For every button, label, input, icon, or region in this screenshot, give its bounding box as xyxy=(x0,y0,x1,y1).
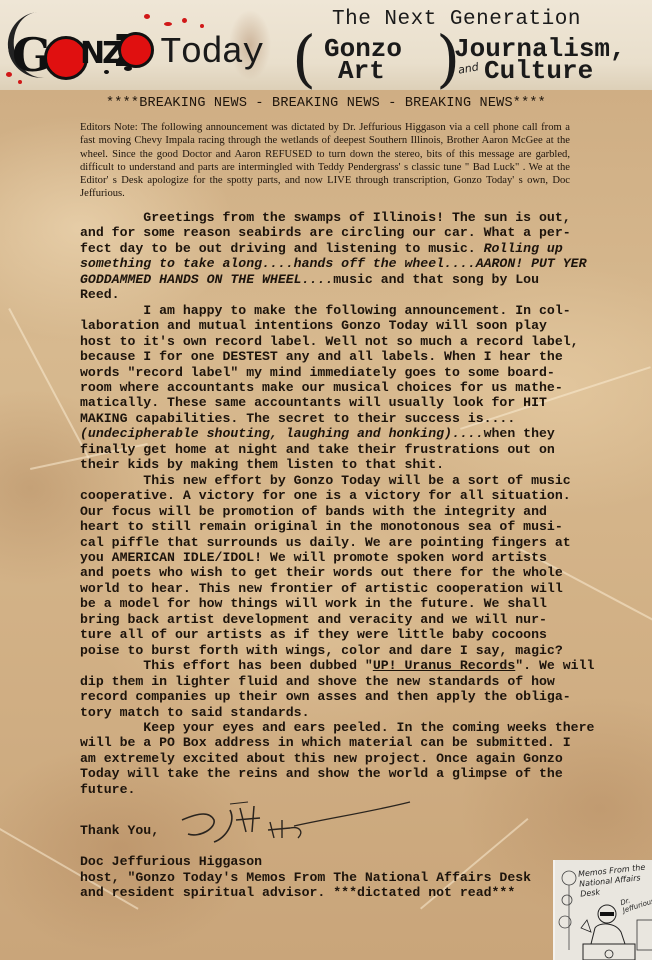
breaking-news-banner: ****BREAKING NEWS - BREAKING NEWS - BREA… xyxy=(0,96,652,111)
article-text: heart to still remain original in the mo… xyxy=(80,519,563,534)
article-text: future. xyxy=(80,782,135,797)
article-line: matically. These same accountants will u… xyxy=(80,395,600,410)
article-line: you AMERICAN IDLE/IDOL! We will promote … xyxy=(80,550,600,565)
ink-splatter xyxy=(6,72,12,77)
article-text: tory match to said standards. xyxy=(80,705,310,720)
tagline-paren-left: ( xyxy=(292,28,316,90)
uranus-records-link[interactable]: UP! Uranus Records xyxy=(373,658,515,673)
ink-splatter xyxy=(182,18,187,23)
article-line: Keep your eyes and ears peeled. In the c… xyxy=(80,720,600,735)
article-line: cooperative. A victory for one is a vict… xyxy=(80,488,600,503)
site-tagline: The Next Generation ( Gonzo Art ) Journa… xyxy=(268,4,652,88)
tagline-art: Art xyxy=(338,56,385,86)
logo-today: Today xyxy=(160,32,263,73)
article-text: Rolling up xyxy=(484,241,563,256)
article-text: fect day to be out driving and listening… xyxy=(80,241,484,256)
article-text: Our focus will be promotion of bands wit… xyxy=(80,504,547,519)
signature-block: Doc Jeffurious Higgasonhost, "Gonzo Toda… xyxy=(80,854,531,901)
article-line: their kids by making them listen to that… xyxy=(80,457,600,472)
article-text: Reed. xyxy=(80,287,120,302)
article-text: cal piffle that surrounds us daily. We a… xyxy=(80,535,571,550)
article-text: something to take along....hands off the… xyxy=(80,256,586,271)
article-line: cal piffle that surrounds us daily. We a… xyxy=(80,535,600,550)
gonzo-today-logo[interactable]: G NZ Z Today xyxy=(4,10,266,86)
ink-splatter xyxy=(124,66,132,71)
article-text: Greetings from the swamps of Illinois! T… xyxy=(80,210,571,225)
article-line: words "record label" my mind immediately… xyxy=(80,365,600,380)
article-text: am extremely excited about this new proj… xyxy=(80,751,563,766)
article-text: room where accountants make our musical … xyxy=(80,380,563,395)
tagline-and: and xyxy=(457,60,480,76)
article-text: Today will take the reins and show the w… xyxy=(80,766,563,781)
editors-note: Editors Note: The following announcement… xyxy=(80,121,570,201)
national-affairs-desk-thumbnail[interactable]: Memos From the National Affairs Desk Dr.… xyxy=(553,860,652,960)
article-text: host to it's own record label. Well not … xyxy=(80,334,579,349)
author-title: host, "Gonzo Today's Memos From The Nati… xyxy=(80,870,531,886)
article-line: GODDAMMED HANDS ON THE WHEEL....music an… xyxy=(80,272,600,287)
article-line: Reed. xyxy=(80,287,600,302)
article-line: fect day to be out driving and listening… xyxy=(80,241,600,256)
article-line: will be a PO Box address in which materi… xyxy=(80,735,600,750)
article-line: Our focus will be promotion of bands wit… xyxy=(80,504,600,519)
ink-splatter xyxy=(144,14,150,19)
article-text: dip them in lighter fluid and shove the … xyxy=(80,674,555,689)
article-text: be a model for how things will work in t… xyxy=(80,596,547,611)
article-text: when they xyxy=(484,426,555,441)
article-line: Today will take the reins and show the w… xyxy=(80,766,600,781)
article-text: and poets who wish to get their words ou… xyxy=(80,565,563,580)
article-line: am extremely excited about this new proj… xyxy=(80,751,600,766)
article-line: be a model for how things will work in t… xyxy=(80,596,600,611)
handwritten-signature xyxy=(170,798,420,848)
article-text: This effort has been dubbed " xyxy=(80,658,373,673)
author-name: Doc Jeffurious Higgason xyxy=(80,854,531,870)
article-line: MAKING capabilities. The secret to their… xyxy=(80,411,600,426)
author-role: and resident spiritual advisor. ***dicta… xyxy=(80,885,531,901)
ink-splatter xyxy=(164,22,172,26)
article-line: laboration and mutual intentions Gonzo T… xyxy=(80,318,600,333)
article-line: dip them in lighter fluid and shove the … xyxy=(80,674,600,689)
article-line: This new effort by Gonzo Today will be a… xyxy=(80,473,600,488)
article-line: I am happy to make the following announc… xyxy=(80,303,600,318)
article-line: This effort has been dubbed "UP! Uranus … xyxy=(80,658,600,673)
article-line: and poets who wish to get their words ou… xyxy=(80,565,600,580)
article-text: music and that song by Lou xyxy=(333,272,539,287)
ink-splatter xyxy=(104,70,109,74)
article-text: finally get home at night and take their… xyxy=(80,442,555,457)
ink-splatter xyxy=(18,80,22,84)
article-text: record companies up their own asses and … xyxy=(80,689,571,704)
logo-red-o-2 xyxy=(118,32,154,68)
article-line: record companies up their own asses and … xyxy=(80,689,600,704)
article-text: and for some reason seabirds are circlin… xyxy=(80,225,571,240)
article-text: you AMERICAN IDLE/IDOL! We will promote … xyxy=(80,550,547,565)
article-text: ". We will xyxy=(515,658,594,673)
signoff: Thank You, xyxy=(80,823,159,838)
article-text: This new effort by Gonzo Today will be a… xyxy=(80,473,571,488)
article-text: matically. These same accountants will u… xyxy=(80,395,547,410)
article-body: Greetings from the swamps of Illinois! T… xyxy=(80,210,600,797)
article-text: cooperative. A victory for one is a vict… xyxy=(80,488,571,503)
article-line: poise to burst forth with wings, color a… xyxy=(80,643,600,658)
article-text: poise to burst forth with wings, color a… xyxy=(80,643,563,658)
article-line: and for some reason seabirds are circlin… xyxy=(80,225,600,240)
article-text: words "record label" my mind immediately… xyxy=(80,365,555,380)
article-text: I am happy to make the following announc… xyxy=(80,303,571,318)
article-text: bring back artist development and veraci… xyxy=(80,612,547,627)
article-line: heart to still remain original in the mo… xyxy=(80,519,600,534)
article-text: will be a PO Box address in which materi… xyxy=(80,735,571,750)
cartoon-doctor-illustration xyxy=(555,860,652,960)
article-text: MAKING capabilities. The secret to their… xyxy=(80,411,515,426)
article-text: laboration and mutual intentions Gonzo T… xyxy=(80,318,547,333)
article-text: GODDAMMED HANDS ON THE WHEEL.... xyxy=(80,272,333,287)
article-text: Keep your eyes and ears peeled. In the c… xyxy=(80,720,594,735)
article-text: (undecipherable shouting, laughing and h… xyxy=(80,426,484,441)
ink-splatter xyxy=(200,24,204,28)
article-text: ture all of our artists as if they were … xyxy=(80,627,547,642)
article-line: bring back artist development and veraci… xyxy=(80,612,600,627)
article-line: future. xyxy=(80,782,600,797)
article-line: ture all of our artists as if they were … xyxy=(80,627,600,642)
article-line: tory match to said standards. xyxy=(80,705,600,720)
site-header: G NZ Z Today The Next Generation ( Gonzo… xyxy=(0,0,652,90)
article-line: Greetings from the swamps of Illinois! T… xyxy=(80,210,600,225)
article-text: world to hear. This new frontier of arti… xyxy=(80,581,563,596)
article-line: host to it's own record label. Well not … xyxy=(80,334,600,349)
article-line: world to hear. This new frontier of arti… xyxy=(80,581,600,596)
article-line: because I for one DESTEST any and all la… xyxy=(80,349,600,364)
article-line: room where accountants make our musical … xyxy=(80,380,600,395)
tagline-culture: Culture xyxy=(484,56,593,86)
article-text: because I for one DESTEST any and all la… xyxy=(80,349,563,364)
article-line: something to take along....hands off the… xyxy=(80,256,600,271)
article-line: finally get home at night and take their… xyxy=(80,442,600,457)
article-line: (undecipherable shouting, laughing and h… xyxy=(80,426,600,441)
article-text: their kids by making them listen to that… xyxy=(80,457,444,472)
